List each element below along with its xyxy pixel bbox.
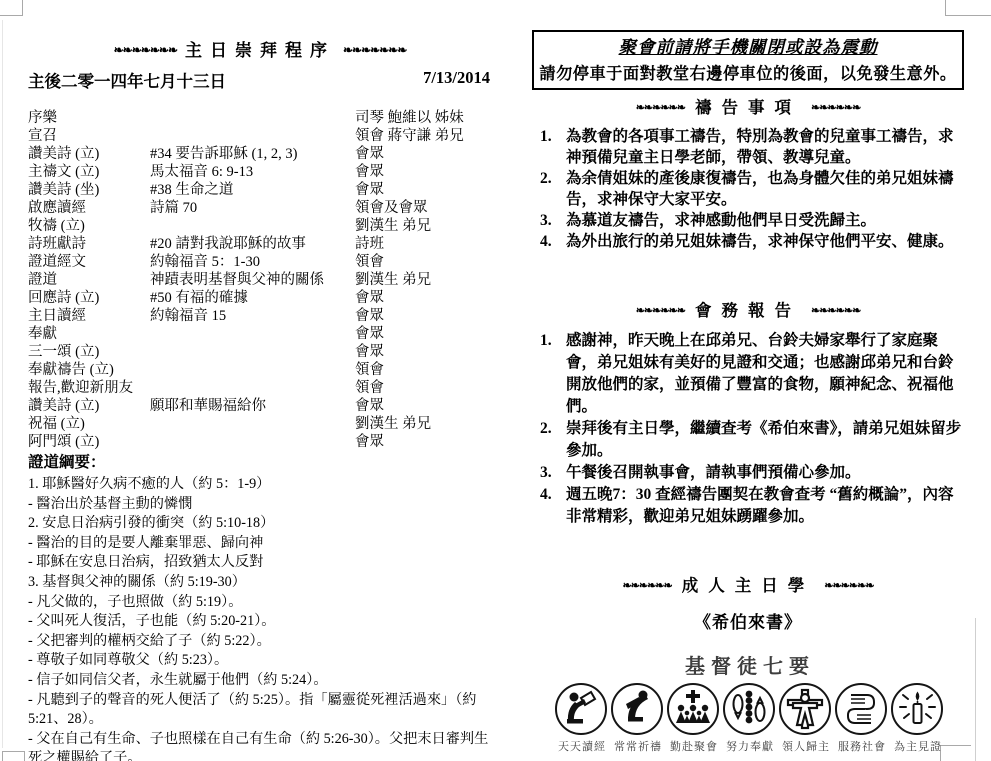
report-item: 2. 崇拜後有主日學，繼續查考《希伯來書》，請弟兄姐妹留步參加。 <box>540 418 968 462</box>
program-row: 讚美詩 (立) #34 要告訴耶穌 (1, 2, 3) 會眾 <box>28 145 492 163</box>
program-item: 阿門頌 (立) <box>28 433 150 451</box>
program-leader: 會眾 <box>355 307 492 325</box>
program-leader: 會眾 <box>355 289 492 307</box>
program-row: 啟應讀經 詩篇 70 領會及會眾 <box>28 199 492 217</box>
program-row: 證道經文 約翰福音 5：1-30 領會 <box>28 253 492 271</box>
seven-essentials-icons-row: 天天讀經 常常祈禱 <box>532 683 968 754</box>
scroll-chain-ornament-icon: ❧❧❧❧❧❧ <box>824 580 873 592</box>
notice-box: 聚會前請將手機關閉或設為震動 請勿停車于面對教堂右邊停車位的後面，以免發生意外。 <box>532 30 964 90</box>
seven-essentials-title: 基督徒七要 <box>532 650 968 679</box>
worship-order-title-row: ❧❧❧❧❧❧❧主日崇拜程序❧❧❧❧❧❧❧ <box>28 36 492 61</box>
program-leader: 會眾 <box>355 325 492 343</box>
sermon-outline-line: - 耶穌在安息日治病，招致猶太人反對 <box>28 553 498 573</box>
program-leader: 領會 <box>355 253 492 271</box>
item-number: 1. <box>540 330 566 418</box>
prayer-item: 3. 為慕道友禱告，求神感動他們早日受洗歸主。 <box>540 210 968 231</box>
program-leader: 領會 <box>355 379 492 397</box>
seven-item-lead-people: 領人歸主 <box>779 683 834 754</box>
seven-item-attend-meeting: 勤赴聚會 <box>667 683 722 754</box>
sunday-school-title: 成人主日學 <box>682 576 815 595</box>
program-detail: #50 有福的確據 <box>150 289 355 307</box>
seven-item-label: 領人歸主 <box>779 738 834 754</box>
sunday-school-book: 《希伯來書》 <box>532 608 964 633</box>
report-items-list: 1. 感謝神，昨天晚上在邱弟兄、台鈴夫婦家舉行了家庭聚會，弟兄姐妹有美好的見證和… <box>540 330 968 528</box>
program-detail: #20 請對我說耶穌的故事 <box>150 235 355 253</box>
seven-essentials-section: 基督徒七要 天天讀經 <box>532 650 968 754</box>
program-row: 讚美詩 (立) 願耶和華賜福給你 會眾 <box>28 397 492 415</box>
program-leader: 會眾 <box>355 433 492 451</box>
seven-item-label: 服務社會 <box>835 738 890 754</box>
program-detail: 馬太福音 6: 9-13 <box>150 163 355 181</box>
item-text: 崇拜後有主日學，繼續查考《希伯來書》，請弟兄姐妹留步參加。 <box>566 418 968 462</box>
program-item: 報告,歡迎新朋友 <box>28 379 150 397</box>
prayer-section-title: 禱告事項 <box>695 98 801 117</box>
lead-people-icon <box>779 683 831 735</box>
program-row: 主日讀經 約翰福音 15 會眾 <box>28 307 492 325</box>
program-item: 證道 <box>28 271 150 289</box>
program-item: 三一頌 (立) <box>28 343 150 361</box>
program-row: 奉獻禱告 (立) 領會 <box>28 361 492 379</box>
prayer-item: 4. 為外出旅行的弟兄姐妹禱告，求神保守他們平安、健康。 <box>540 231 968 252</box>
item-number: 4. <box>540 231 566 252</box>
scroll-chain-ornament-icon: ❧❧❧❧❧❧ <box>622 580 671 592</box>
sermon-outline-line: 1. 耶穌醫好久病不癒的人（約 5：1-9） <box>28 475 498 495</box>
item-number: 3. <box>540 462 566 484</box>
program-row: 讚美詩 (坐) #38 生命之道 會眾 <box>28 181 492 199</box>
program-row: 證道 神蹟表明基督與父神的關係 劉漢生 弟兄 <box>28 271 492 289</box>
seven-item-label: 努力奉獻 <box>723 738 778 754</box>
seven-item-offering: 努力奉獻 <box>723 683 778 754</box>
item-text: 為余倩姐妹的產後康復禱告，也為身體欠佳的弟兄姐妹禱告，求神保守大家平安。 <box>566 168 968 210</box>
seven-item-label: 常常祈禱 <box>611 738 666 754</box>
prayer-item: 2. 為余倩姐妹的產後康復禱告，也為身體欠佳的弟兄姐妹禱告，求神保守大家平安。 <box>540 168 968 210</box>
program-detail <box>150 325 355 343</box>
program-leader: 詩班 <box>355 235 492 253</box>
serve-society-icon <box>835 683 887 735</box>
sermon-outline-line: - 信子如同信父者，永生就屬于他們（約 5:24）。 <box>28 671 498 691</box>
program-row: 回應詩 (立) #50 有福的確據 會眾 <box>28 289 492 307</box>
sermon-outline-line: 2. 安息日治病引發的衝突（約 5:10-18） <box>28 514 498 534</box>
sermon-outline-line: - 父叫死人復活，子也能（約 5:20-21）。 <box>28 612 498 632</box>
program-row: 報告,歡迎新朋友 領會 <box>28 379 492 397</box>
seven-item-label: 勤赴聚會 <box>667 738 722 754</box>
phone-notice-text: 聚會前請將手機關閉或設為震動 <box>538 34 958 59</box>
program-item: 詩班獻詩 <box>28 235 150 253</box>
scroll-chain-ornament-icon: ❧❧❧❧❧❧ <box>636 305 685 317</box>
program-item: 奉獻 <box>28 325 150 343</box>
program-detail <box>150 361 355 379</box>
sermon-outline-line: - 父把審判的權柄交給了子（約 5:22）。 <box>28 632 498 652</box>
item-text: 為教會的各項事工禱告，特別為教會的兒童事工禱告，求神預備兒童主日學老師，帶領、教… <box>566 126 968 168</box>
sermon-outline-line: 3. 基督與父神的關係（約 5:19-30） <box>28 573 498 593</box>
report-item: 3. 午餐後召開執事會，請執事們預備心參加。 <box>540 462 968 484</box>
seven-item-read-bible: 天天讀經 <box>555 683 610 754</box>
program-row: 三一頌 (立) 會眾 <box>28 343 492 361</box>
program-leader: 會眾 <box>355 145 492 163</box>
sermon-outline-line: - 凡父做的，子也照做（約 5:19）。 <box>28 593 498 613</box>
program-detail <box>150 217 355 235</box>
program-detail <box>150 109 355 127</box>
program-item: 主日讀經 <box>28 307 150 325</box>
program-leader: 司琴 鮑維以 姊妹 <box>355 109 492 127</box>
program-item: 祝福 (立) <box>28 415 150 433</box>
seven-item-label: 為主見證 <box>891 738 946 754</box>
sunday-school-heading: ❧❧❧❧❧❧成人主日學❧❧❧❧❧❧ <box>532 572 964 596</box>
item-number: 1. <box>540 126 566 168</box>
program-row: 牧禱 (立) 劉漢生 弟兄 <box>28 217 492 235</box>
item-text: 為慕道友禱告，求神感動他們早日受洗歸主。 <box>566 210 968 231</box>
item-text: 感謝神，昨天晚上在邱弟兄、台鈴夫婦家舉行了家庭聚會，弟兄姐妹有美好的見證和交通；… <box>566 330 968 418</box>
program-leader: 劉漢生 弟兄 <box>355 217 492 235</box>
program-item: 牧禱 (立) <box>28 217 150 235</box>
sermon-outline-title: 證道綱要： <box>28 452 498 473</box>
program-leader: 會眾 <box>355 343 492 361</box>
sermon-outline-line: - 凡聽到子的聲音的死人便活了（約 5:25）。指「屬靈從死裡活過來」（約 5:… <box>28 691 498 730</box>
program-row: 奉獻 會眾 <box>28 325 492 343</box>
church-bulletin-document: { "colors": {"text": "#000000", "boundar… <box>0 0 991 761</box>
scroll-chain-ornament-icon: ❧❧❧❧❧❧❧ <box>114 43 177 57</box>
report-section-heading: ❧❧❧❧❧❧會務報告❧❧❧❧❧❧ <box>532 297 964 321</box>
program-detail: #34 要告訴耶穌 (1, 2, 3) <box>150 145 355 163</box>
program-item: 讚美詩 (立) <box>28 145 150 163</box>
item-number: 4. <box>540 484 566 528</box>
parking-notice-text: 請勿停車于面對教堂右邊停車位的後面，以免發生意外。 <box>538 60 958 84</box>
program-row: 祝福 (立) 劉漢生 弟兄 <box>28 415 492 433</box>
program-detail <box>150 433 355 451</box>
seven-item-serve-society: 服務社會 <box>835 683 890 754</box>
item-number: 2. <box>540 168 566 210</box>
program-item: 證道經文 <box>28 253 150 271</box>
prayer-items-list: 1. 為教會的各項事工禱告，特別為教會的兒童事工禱告，求神預備兒童主日學老師，帶… <box>540 126 968 252</box>
program-detail: 約翰福音 15 <box>150 307 355 325</box>
text-boundary-corner <box>0 0 23 16</box>
program-item: 奉獻禱告 (立) <box>28 361 150 379</box>
program-detail <box>150 343 355 361</box>
program-item: 讚美詩 (坐) <box>28 181 150 199</box>
program-detail: 願耶和華賜福給你 <box>150 397 355 415</box>
program-detail: 詩篇 70 <box>150 199 355 217</box>
program-row: 阿門頌 (立) 會眾 <box>28 433 492 451</box>
text-boundary-corner <box>945 0 991 16</box>
prayer-item: 1. 為教會的各項事工禱告，特別為教會的兒童事工禱告，求神預備兒童主日學老師，帶… <box>540 126 968 168</box>
program-leader: 領會 蔣守謙 弟兄 <box>355 127 492 145</box>
sermon-outline-line: - 醫治出於基督主動的憐憫 <box>28 495 498 515</box>
item-text: 為外出旅行的弟兄姐妹禱告，求神保守他們平安、健康。 <box>566 231 968 252</box>
program-row: 詩班獻詩 #20 請對我說耶穌的故事 詩班 <box>28 235 492 253</box>
program-leader: 劉漢生 弟兄 <box>355 415 492 433</box>
date-numeric: 7/13/2014 <box>423 68 490 92</box>
attend-meeting-icon <box>667 683 719 735</box>
pray-icon <box>611 683 663 735</box>
date-row: 主後二零一四年七月十三日 7/13/2014 <box>28 68 490 92</box>
program-item: 序樂 <box>28 109 150 127</box>
program-item: 讚美詩 (立) <box>28 397 150 415</box>
program-leader: 會眾 <box>355 181 492 199</box>
item-text: 午餐後召開執事會，請執事們預備心參加。 <box>566 462 968 484</box>
item-text: 週五晚7：30 查經禱告團契在教會查考 “舊約概論”，內容非常精彩，歡迎弟兄姐妹… <box>566 484 968 528</box>
program-leader: 會眾 <box>355 163 492 181</box>
read-bible-icon <box>555 683 607 735</box>
worship-program-table: 序樂 司琴 鮑維以 姊妹 宣召 領會 蔣守謙 弟兄 讚美詩 (立) #34 要告… <box>28 109 492 451</box>
scroll-chain-ornament-icon: ❧❧❧❧❧❧❧ <box>343 43 406 57</box>
report-item: 4. 週五晚7：30 查經禱告團契在教會查考 “舊約概論”，內容非常精彩，歡迎弟… <box>540 484 968 528</box>
sermon-outline-section: 證道綱要： 1. 耶穌醫好久病不癒的人（約 5：1-9） - 醫治出於基督主動的… <box>28 452 498 761</box>
report-section-title: 會務報告 <box>695 301 801 320</box>
program-leader: 會眾 <box>355 397 492 415</box>
program-leader: 劉漢生 弟兄 <box>355 271 492 289</box>
offering-icon <box>723 683 775 735</box>
seven-item-pray: 常常祈禱 <box>611 683 666 754</box>
prayer-section-heading: ❧❧❧❧❧❧禱告事項❧❧❧❧❧❧ <box>532 94 964 118</box>
scroll-chain-ornament-icon: ❧❧❧❧❧❧ <box>636 102 685 114</box>
witness-icon <box>891 683 943 735</box>
page-boundary-line <box>975 618 976 761</box>
program-detail: 神蹟表明基督與父神的關係 <box>150 271 355 289</box>
date-chinese: 主後二零一四年七月十三日 <box>28 68 226 92</box>
sermon-outline-line: - 尊敬子如同尊敬父（約 5:23）。 <box>28 651 498 671</box>
program-detail: #38 生命之道 <box>150 181 355 199</box>
page-boundary-line <box>2 20 3 748</box>
item-number: 2. <box>540 418 566 462</box>
item-number: 3. <box>540 210 566 231</box>
program-detail <box>150 379 355 397</box>
text-boundary-corner <box>2 751 25 761</box>
program-item: 宣召 <box>28 127 150 145</box>
program-detail: 約翰福音 5：1-30 <box>150 253 355 271</box>
program-item: 啟應讀經 <box>28 199 150 217</box>
program-leader: 領會及會眾 <box>355 199 492 217</box>
page-title: 主日崇拜程序 <box>185 41 335 60</box>
program-item: 回應詩 (立) <box>28 289 150 307</box>
program-item: 主禱文 (立) <box>28 163 150 181</box>
sermon-outline-list: 1. 耶穌醫好久病不癒的人（約 5：1-9） - 醫治出於基督主動的憐憫 2. … <box>28 475 498 761</box>
sermon-outline-line: - 醫治的目的是要人離棄罪惡、歸向神 <box>28 534 498 554</box>
program-row: 主禱文 (立) 馬太福音 6: 9-13 會眾 <box>28 163 492 181</box>
program-detail <box>150 415 355 433</box>
report-item: 1. 感謝神，昨天晚上在邱弟兄、台鈴夫婦家舉行了家庭聚會，弟兄姐妹有美好的見證和… <box>540 330 968 418</box>
scroll-chain-ornament-icon: ❧❧❧❧❧❧ <box>811 102 860 114</box>
program-leader: 領會 <box>355 361 492 379</box>
scroll-chain-ornament-icon: ❧❧❧❧❧❧ <box>811 305 860 317</box>
seven-item-witness: 為主見證 <box>891 683 946 754</box>
sermon-outline-line: - 父在自己有生命、子也照樣在自己有生命（約 5:26-30）。父把末日審判生死… <box>28 730 498 761</box>
seven-item-label: 天天讀經 <box>555 738 610 754</box>
program-row: 宣召 領會 蔣守謙 弟兄 <box>28 127 492 145</box>
program-row: 序樂 司琴 鮑維以 姊妹 <box>28 109 492 127</box>
program-detail <box>150 127 355 145</box>
